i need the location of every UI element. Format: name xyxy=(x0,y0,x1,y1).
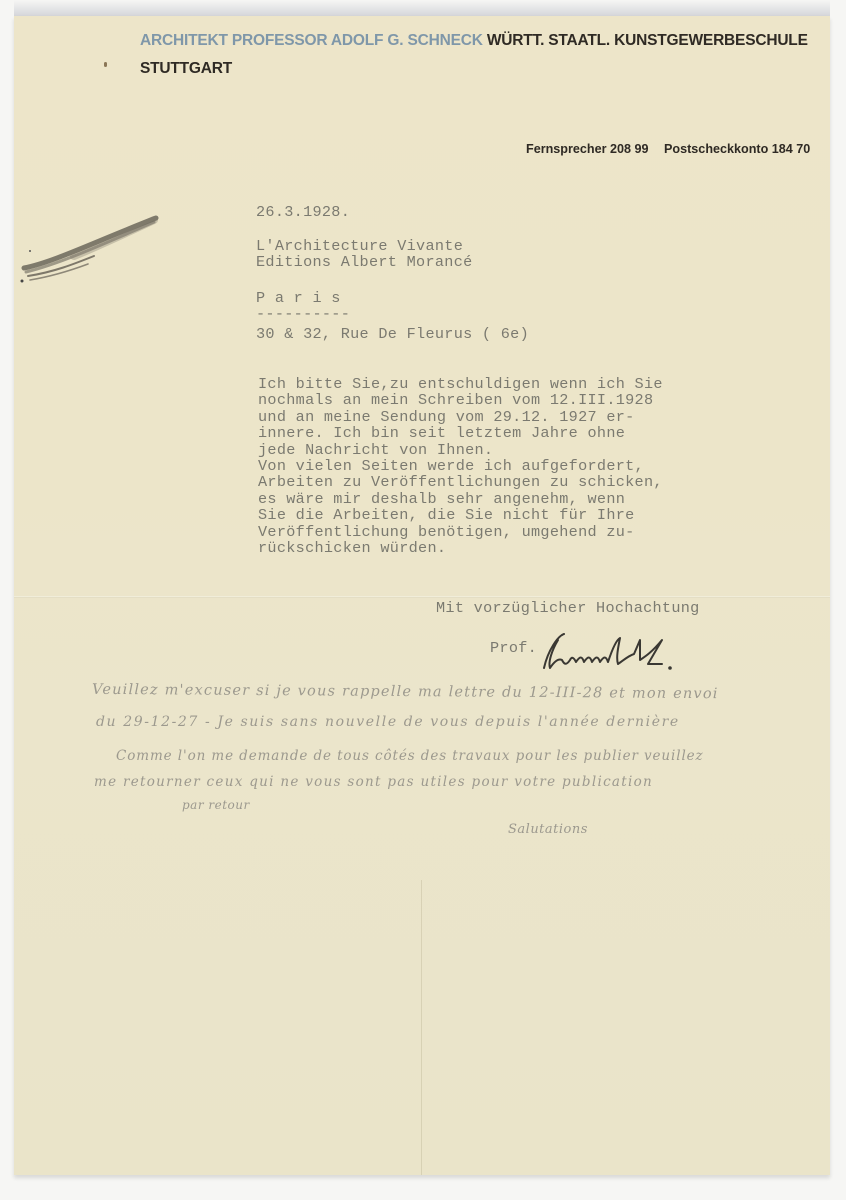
body-line: Ich bitte Sie,zu entschuldigen wenn ich … xyxy=(258,376,663,392)
ink-smudge-icon xyxy=(14,212,164,292)
signature-icon xyxy=(536,630,716,680)
recipient-line-2: Editions Albert Morancé xyxy=(256,254,473,270)
body-line: Von vielen Seiten werde ich aufgefordert… xyxy=(258,458,663,474)
letter-body: Ich bitte Sie,zu entschuldigen wenn ich … xyxy=(258,376,663,556)
body-line: jede Nachricht von Ihnen. xyxy=(258,442,663,458)
body-line: Arbeiten zu Veröffentlichungen zu schick… xyxy=(258,474,663,490)
letter-date: 26.3.1928. xyxy=(256,204,350,220)
body-line: rückschicken würden. xyxy=(258,540,663,556)
handwritten-note-line-6: Salutations xyxy=(508,822,588,837)
body-line: und an meine Sendung vom 29.12. 1927 er- xyxy=(258,409,663,425)
recipient-city: P a r i s xyxy=(256,290,341,306)
handwritten-note-line-3: Comme l'on me demande de tous côtés des … xyxy=(116,748,704,764)
signature-title: Prof. xyxy=(490,640,537,656)
recipient-line-1: L'Architecture Vivante xyxy=(256,238,473,254)
city-underline: ---------- xyxy=(256,306,350,322)
recipient-street: 30 & 32, Rue De Fleurus ( 6e) xyxy=(256,326,529,342)
vertical-fold-line xyxy=(421,880,422,1175)
architect-name: ARCHITEKT PROFESSOR ADOLF G. SCHNECK xyxy=(140,32,483,49)
closing-salutation: Mit vorzüglicher Hochachtung xyxy=(436,600,700,616)
institution-name: WÜRTT. STAATL. KUNSTGEWERBESCHULE xyxy=(487,32,808,49)
body-line: Sie die Arbeiten, die Sie nicht für Ihre xyxy=(258,507,663,523)
body-line: es wäre mir deshalb sehr angenehm, wenn xyxy=(258,491,663,507)
recipient-address: L'Architecture VivanteEditions Albert Mo… xyxy=(256,238,473,271)
handwritten-note-line-4: me retourner ceux qui ne vous sont pas u… xyxy=(94,774,653,790)
handwritten-note-line-2: du 29-12-27 - Je suis sans nouvelle de v… xyxy=(96,714,680,730)
body-line: innere. Ich bin seit letztem Jahre ohne xyxy=(258,425,663,441)
body-line: nochmals an mein Schreiben vom 12.III.19… xyxy=(258,392,663,408)
letterhead-line: ARCHITEKT PROFESSOR ADOLF G. SCHNECK WÜR… xyxy=(140,32,808,50)
handwritten-note-line-5: par retour xyxy=(182,798,250,812)
body-line: Veröffentlichung benötigen, umgehend zu- xyxy=(258,524,663,540)
horizontal-fold-line xyxy=(14,596,830,598)
letterhead-city: STUTTGART xyxy=(140,60,232,78)
contact-info: Fernsprecher 208 99 Postscheckkonto 184 … xyxy=(526,142,810,156)
paper-mark xyxy=(104,62,107,67)
phone-number: Fernsprecher 208 99 xyxy=(526,142,649,156)
postal-account: Postscheckkonto 184 70 xyxy=(664,142,810,156)
page: ARCHITEKT PROFESSOR ADOLF G. SCHNECK WÜR… xyxy=(0,0,846,1200)
